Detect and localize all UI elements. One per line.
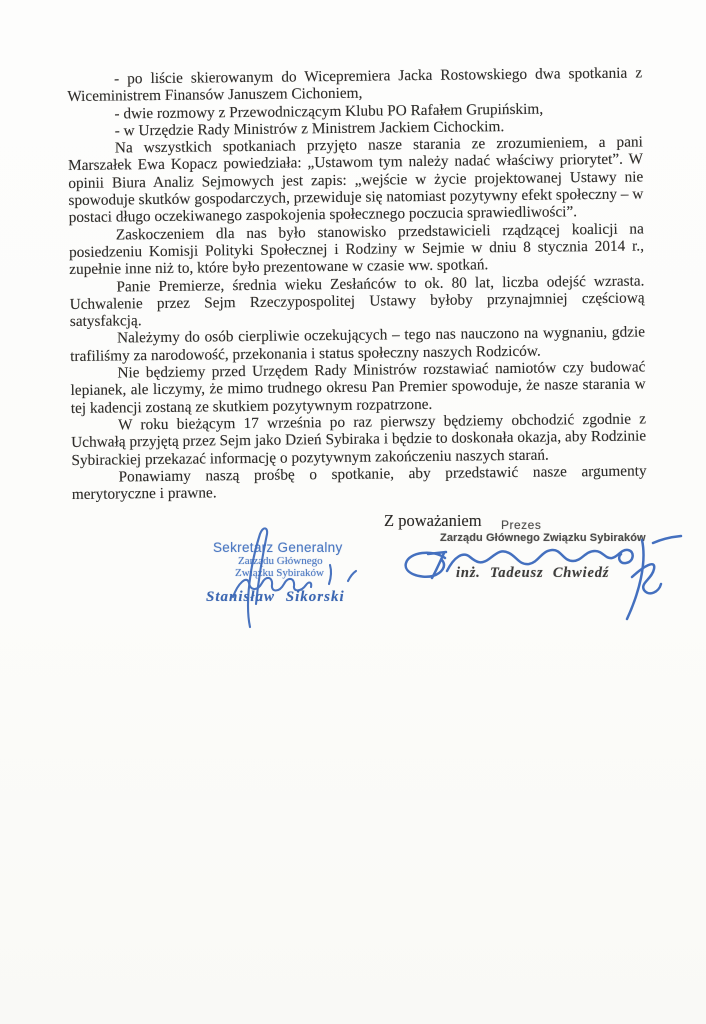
left-stamp-org-line2: Związku Sybiraków	[235, 567, 324, 579]
right-stamp-org: Zarządu Głównego Związku Sybiraków	[440, 532, 646, 544]
paragraph: Ponawiamy naszą prośbę o spotkanie, aby …	[72, 462, 647, 503]
paragraph: Na wszystkich spotkaniach przyjęto nasze…	[68, 134, 644, 227]
closing-salutation: Z poważaniem	[384, 511, 482, 531]
paragraph: W roku bieżącym 17 września po raz pierw…	[71, 410, 647, 468]
paragraph: Zaskoczeniem dla nas było stanowisko prz…	[69, 220, 645, 278]
left-stamp-org-line1: Zarządu Głównego	[238, 555, 323, 567]
paragraph: Nie będziemy przed Urzędem Rady Ministró…	[70, 359, 646, 417]
left-stamp-title: Sekretarz Generalny	[213, 540, 343, 555]
letter-body: - po liście skierowanym do Wicepremiera …	[67, 64, 647, 503]
left-stamp-name: Stanisław Sikorski	[206, 589, 345, 606]
right-stamp-title: Prezes	[501, 518, 541, 532]
scanned-letter-page: - po liście skierowanym do Wicepremiera …	[0, 0, 706, 1024]
paragraph: Panie Premierze, średnia wieku Zesłańców…	[69, 272, 645, 330]
right-stamp-name: inż. Tadeusz Chwiedź	[456, 565, 609, 582]
